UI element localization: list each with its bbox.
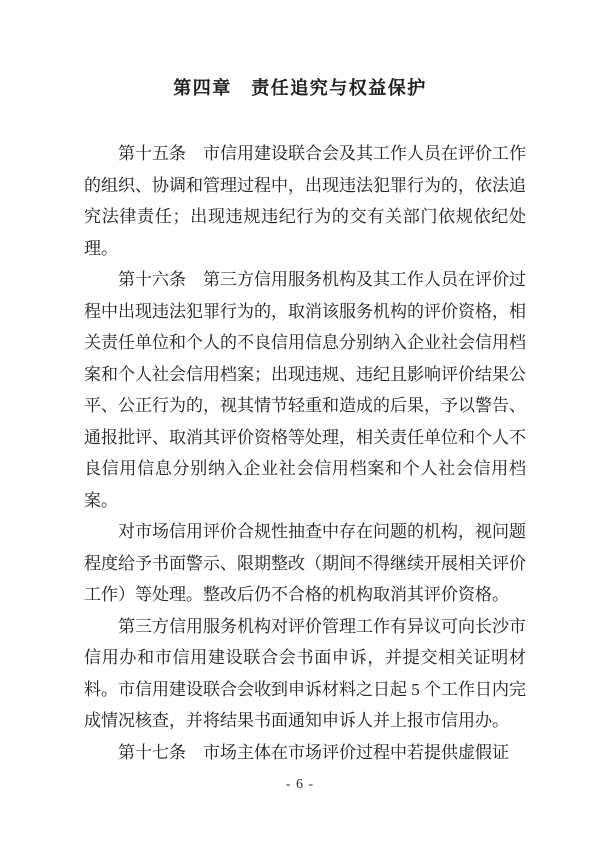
paragraph-appeal-procedure: 第三方信用服务机构对评价管理工作有异议可向长沙市信用办和市信用建设联合会书面申诉… — [84, 611, 526, 737]
paragraph-article-17: 第十七条 市场主体在市场评价过程中若提供虚假证 — [84, 737, 526, 769]
paragraph-article-15: 第十五条 市信用建设联合会及其工作人员在评价工作的组织、协调和管理过程中，出现违… — [84, 138, 526, 264]
paragraph-compliance-spot-check: 对市场信用评价合规性抽查中存在问题的机构，视问题程度给予书面警示、限期整改（期间… — [84, 516, 526, 611]
paragraph-article-16: 第十六条 第三方信用服务机构及其工作人员在评价过程中出现违法犯罪行为的，取消该服… — [84, 264, 526, 516]
document-body: 第十五条 市信用建设联合会及其工作人员在评价工作的组织、协调和管理过程中，出现违… — [84, 138, 526, 768]
chapter-heading: 第四章 责任追究与权益保护 — [0, 0, 600, 100]
page-number: - 6 - — [0, 776, 600, 794]
document-page: 第四章 责任追究与权益保护 第十五条 市信用建设联合会及其工作人员在评价工作的组… — [0, 0, 600, 848]
